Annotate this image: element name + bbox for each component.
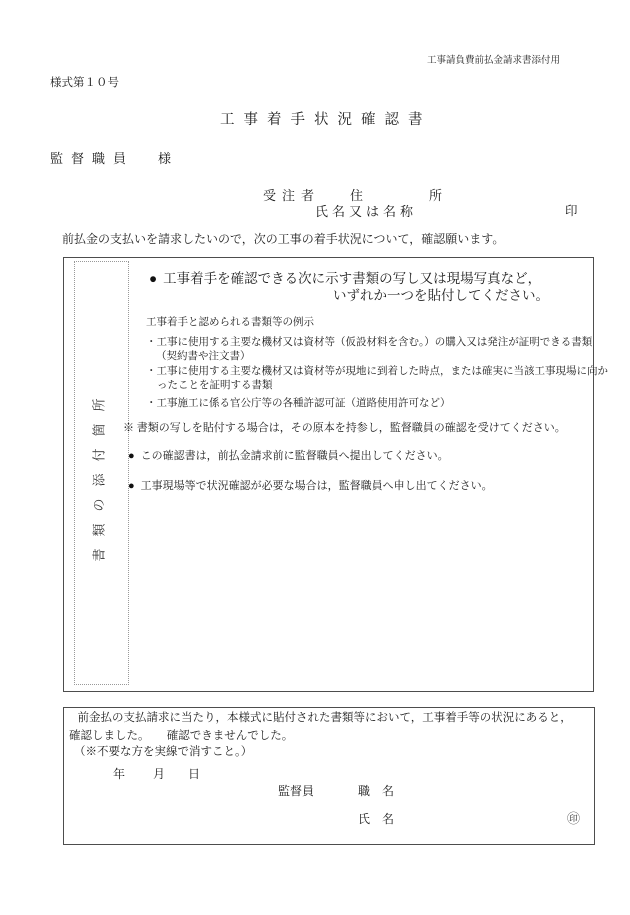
bullet-icon: ●	[128, 480, 135, 494]
supervisor-label: 監督員	[278, 784, 314, 799]
confirmation-line3: （※不要な方を実線で消すこと。）	[74, 745, 252, 759]
attachment-side-label: 書類の添付箇所	[89, 386, 108, 561]
addressee-line: 監督職員様	[50, 151, 171, 167]
corner-note: 工事請負費前払金請求書添付用	[427, 56, 560, 68]
bullet1-line2: いずれか一つを貼付してください。	[333, 288, 549, 305]
bullet-icon: ●	[149, 271, 157, 288]
example-item-cont: （契約書や注文書）	[156, 350, 251, 363]
bullet3-text: 工事現場等で状況確認が必要な場合は，監督職員へ申し出てください。	[141, 480, 493, 492]
confirmation-line2: 確認しました。 確認できませんでした。	[69, 729, 293, 743]
address-label-left: 住	[350, 188, 363, 203]
example-item: ・工事に使用する主要な機材又は資材等（仮設材料を含む。）の購入又は発注が証明でき…	[146, 336, 592, 349]
seal-mark: 印	[565, 204, 578, 220]
page-title: 工事着手状況確認書	[220, 111, 432, 129]
bullet-icon: ●	[128, 450, 135, 464]
addressee-suffix: 様	[158, 151, 171, 166]
bullet2-text: この確認書は，前払金請求前に監督職員へ提出してください。	[141, 450, 449, 462]
attachment-area-dotted-frame: 書類の添付箇所	[74, 261, 129, 685]
intro-sentence: 前払金の支払いを請求したいので，次の工事の着手状況について，確認願います。	[50, 232, 504, 247]
copy-original-note: ※ 書類の写しを貼付する場合は，その原本を持参し，監督職員の確認を受けてください…	[123, 422, 566, 436]
name-label: 氏名又は名称	[315, 204, 417, 220]
addressee-label: 監督職員	[50, 151, 134, 166]
document-page: 工事請負費前払金請求書添付用 様式第１０号 工事着手状況確認書 監督職員様 受注…	[0, 0, 630, 915]
contractor-label: 受注者	[263, 188, 320, 203]
seal-circle-mark: ㊞	[567, 811, 580, 827]
example-item: ・工事施工に係る官公庁等の各種許認可証（道路使用許可など）	[146, 397, 451, 410]
date-day-label: 日	[188, 767, 200, 781]
name-field-label: 氏 名	[358, 812, 394, 827]
position-label: 職 名	[358, 784, 394, 799]
confirmation-line1: 前金払の支払請求に当たり，本様式に貼付された書類等において，工事着手等の状況にあ…	[66, 711, 572, 725]
date-line: 年月日	[113, 767, 200, 782]
bullet2-line: ●この確認書は，前払金請求前に監督職員へ提出してください。	[128, 450, 449, 464]
attachment-box: 書類の添付箇所 ●工事着手を確認できる次に示す書類の写し又は現場写真など， いず…	[63, 257, 594, 692]
date-year-label: 年	[113, 767, 125, 781]
example-item: ・工事に使用する主要な機材又は資材等が現地に到着した時点，または確実に当該工事現…	[146, 365, 608, 378]
date-month-label: 月	[153, 767, 165, 781]
address-label-right: 所	[429, 188, 442, 203]
bullet1-line1: ●工事着手を確認できる次に示す書類の写し又は現場写真など，	[149, 271, 541, 288]
bullet1-text: 工事着手を確認できる次に示す書類の写し又は現場写真など，	[163, 271, 541, 286]
bullet3-line: ●工事現場等で状況確認が必要な場合は，監督職員へ申し出てください。	[128, 480, 493, 494]
examples-heading: 工事着手と認められる書類等の例示	[146, 316, 314, 329]
form-number: 様式第１０号	[50, 76, 119, 90]
example-item-cont: ったことを証明する書類	[157, 379, 273, 392]
confirmation-box: 前金払の支払請求に当たり，本様式に貼付された書類等において，工事着手等の状況にあ…	[63, 707, 595, 845]
contractor-line: 受注者住所	[263, 188, 442, 204]
